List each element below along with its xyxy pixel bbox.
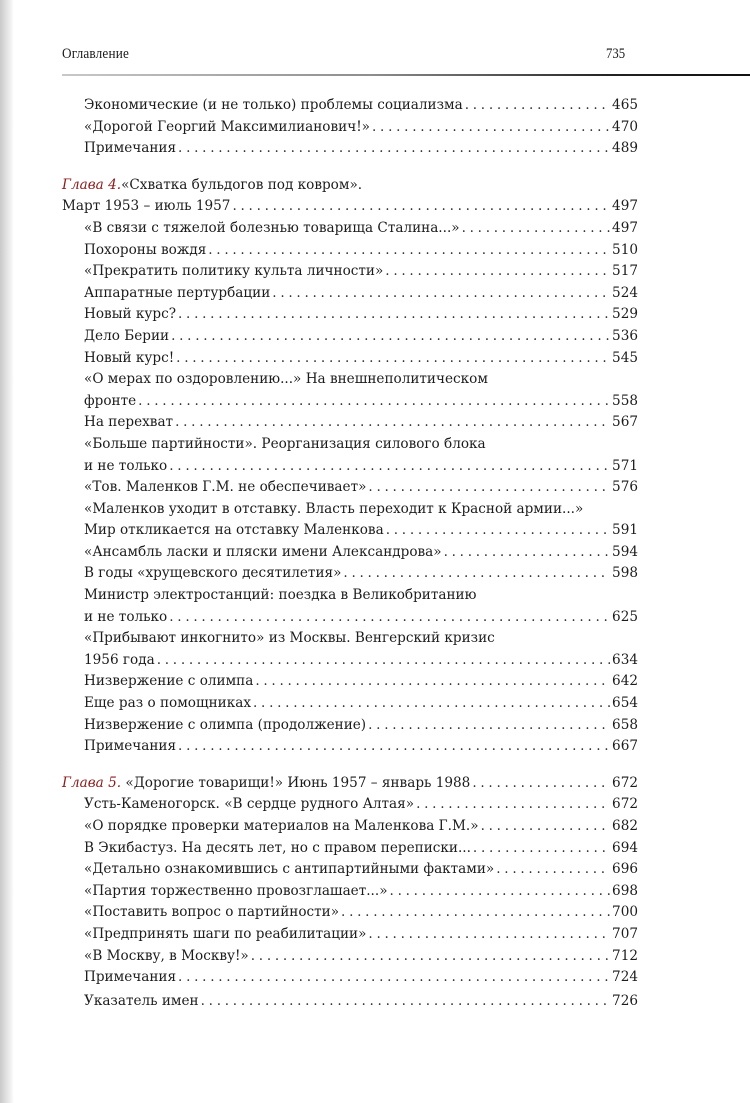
- page-ref: 658: [612, 715, 638, 737]
- entry-title: «В связи с тяжелой болезнью товарища Ста…: [84, 218, 460, 240]
- page-ref: 707: [612, 924, 638, 946]
- page-ref: 489: [612, 138, 638, 160]
- chapter-title: «Схватка бульдогов под ковром».: [121, 175, 362, 197]
- dot-leader: [416, 794, 610, 816]
- toc-entry-body: «Дорогой Георгий Максимилианович!»470: [84, 117, 638, 139]
- entry-title: и не только: [84, 607, 167, 629]
- entry-title: В годы «хрущевского десятилетия»: [84, 563, 341, 585]
- chapter-label: Глава 4.: [62, 175, 121, 197]
- chapter-heading[interactable]: Глава 4. «Схватка бульдогов под ковром».: [62, 175, 638, 197]
- toc-entry-body: Указатель имен726: [84, 991, 638, 1013]
- toc-continuation-line: «Маленков уходит в отставку. Власть пере…: [62, 499, 638, 521]
- dot-leader: [232, 196, 610, 218]
- page-ref: 667: [612, 736, 638, 758]
- entry-title: Дело Берии: [84, 326, 169, 348]
- entry-title: «О мерах по оздоровлению...» На внешнепо…: [84, 369, 488, 391]
- toc-entry[interactable]: «Детально ознакомившись с антипартийными…: [62, 859, 638, 881]
- entry-title: «Дорогой Георгий Максимилианович!»: [84, 117, 370, 139]
- dot-leader: [201, 991, 610, 1013]
- toc-entry[interactable]: и не только571: [62, 456, 638, 478]
- entry-title: «Детально ознакомившись с антипартийными…: [84, 859, 494, 881]
- spacer: [62, 758, 638, 773]
- page-ref: 567: [612, 412, 638, 434]
- page-ref: 698: [612, 881, 638, 903]
- toc-entry-body: «О порядке проверки материалов на Маленк…: [84, 816, 638, 838]
- entry-title: «Больше партийности». Реорганизация сило…: [84, 434, 486, 456]
- toc-continuation-line: «Прибывают инкогнито» из Москвы. Венгерс…: [62, 628, 638, 650]
- page-ref: 497: [612, 218, 638, 240]
- dot-leader: [472, 773, 610, 795]
- toc-entry-body: «Поставить вопрос о партийности»700: [84, 902, 638, 924]
- toc-entry-body: Мир откликается на отставку Маленкова591: [84, 520, 638, 542]
- page-number: 735: [606, 46, 625, 63]
- toc-entry-body: 1956 года634: [84, 650, 638, 672]
- page-ref: 634: [612, 650, 638, 672]
- toc-entry-body: Похороны вождя510: [84, 240, 638, 262]
- toc-entry-body: «Прекратить политику культа личности»517: [84, 261, 638, 283]
- dot-leader: [169, 456, 610, 478]
- page-ref: 672: [612, 773, 638, 795]
- toc-entry[interactable]: Глава 5. «Дорогие товарищи!» Июнь 1957 –…: [62, 773, 638, 795]
- toc-entry[interactable]: Экономические (и не только) проблемы соц…: [62, 95, 638, 117]
- dot-leader: [176, 348, 610, 370]
- entry-title: Указатель имен: [84, 991, 199, 1013]
- entry-title: Министр электростанций: поездка в Велико…: [84, 585, 476, 607]
- toc-entry[interactable]: «Тов. Маленков Г.М. не обеспечивает»576: [62, 477, 638, 499]
- entry-title: Примечания: [84, 736, 176, 758]
- entry-title: «Предпринять шаги по реабилитации»: [84, 924, 366, 946]
- page-ref: 536: [612, 326, 638, 348]
- dot-leader: [473, 838, 610, 860]
- entry-title: Мир откликается на отставку Маленкова: [84, 520, 384, 542]
- page-ref: 598: [612, 563, 638, 585]
- toc-entry[interactable]: Примечания667: [62, 736, 638, 758]
- toc-entry[interactable]: Указатель имен726: [62, 991, 638, 1013]
- entry-title: «О порядке проверки материалов на Маленк…: [84, 816, 479, 838]
- dot-leader: [386, 520, 610, 542]
- dot-leader: [272, 283, 610, 305]
- toc-entry[interactable]: В Экибастуз. На десять лет, но с правом …: [62, 838, 638, 860]
- entry-title: «Маленков уходит в отставку. Власть пере…: [84, 499, 583, 521]
- toc-entry[interactable]: Март 1953 – июль 1957497: [62, 196, 638, 218]
- running-head: Оглавление 735: [62, 46, 750, 76]
- toc-entry[interactable]: фронте558: [62, 391, 638, 413]
- toc-entry[interactable]: Усть-Каменогорск. «В сердце рудного Алта…: [62, 794, 638, 816]
- dot-leader: [253, 693, 610, 715]
- dot-leader: [169, 607, 610, 629]
- dot-leader: [171, 326, 610, 348]
- toc-entry[interactable]: Новый курс?529: [62, 304, 638, 326]
- toc-entry-body: Аппаратные пертурбации524: [84, 283, 638, 305]
- entry-title: «Партия торжественно провозглашает...»: [84, 881, 388, 903]
- dot-leader: [208, 240, 610, 262]
- toc-entry-body: Низвержение с олимпа (продолжение)658: [84, 715, 638, 737]
- dot-leader: [175, 412, 610, 434]
- page-ref: 510: [612, 240, 638, 262]
- page-ref: 594: [612, 542, 638, 564]
- toc-entry[interactable]: Мир откликается на отставку Маленкова591: [62, 520, 638, 542]
- page-ref: 576: [612, 477, 638, 499]
- entry-title: «Ансамбль ласки и пляски имени Александр…: [84, 542, 442, 564]
- toc-entry[interactable]: «Поставить вопрос о партийности»700: [62, 902, 638, 924]
- entry-title: Новый курс!: [84, 348, 174, 370]
- header-rule: [62, 74, 750, 76]
- dot-leader: [178, 967, 610, 989]
- toc-entry[interactable]: «В Москву, в Москву!»712: [62, 946, 638, 968]
- entry-title: Похороны вождя: [84, 240, 206, 262]
- entry-title: На перехват: [84, 412, 173, 434]
- toc-entry[interactable]: «Партия торжественно провозглашает...»69…: [62, 881, 638, 903]
- dot-leader: [368, 477, 610, 499]
- dot-leader: [481, 816, 610, 838]
- dot-leader: [465, 95, 610, 117]
- toc-entry-body: Примечания489: [84, 138, 638, 160]
- page-ref: 529: [612, 304, 638, 326]
- toc-entry[interactable]: Новый курс!545: [62, 348, 638, 370]
- page-ref: 524: [612, 283, 638, 305]
- toc-entry-body: В годы «хрущевского десятилетия»598: [84, 563, 638, 585]
- spacer: [62, 160, 638, 175]
- dot-leader: [178, 304, 610, 326]
- dot-leader: [251, 946, 610, 968]
- toc-entry-body: На перехват567: [84, 412, 638, 434]
- page-ref: 700: [612, 902, 638, 924]
- entry-title: 1956 года: [84, 650, 155, 672]
- toc-entry-body: «Партия торжественно провозглашает...»69…: [84, 881, 638, 903]
- page-ref: 694: [612, 838, 638, 860]
- page-ref: 726: [612, 991, 638, 1013]
- page-ref: 497: [612, 196, 638, 218]
- dot-leader: [444, 542, 610, 564]
- chapter-label: Глава 5.: [62, 775, 121, 791]
- toc-entry-body: Еще раз о помощниках654: [84, 693, 638, 715]
- toc-entry[interactable]: и не только625: [62, 607, 638, 629]
- entry-title: фронте: [84, 391, 136, 413]
- toc-entry[interactable]: Примечания724: [62, 967, 638, 989]
- toc-continuation-line: Министр электростанций: поездка в Велико…: [62, 585, 638, 607]
- dot-leader: [385, 261, 610, 283]
- dot-leader: [368, 924, 610, 946]
- page-ref: 465: [612, 95, 638, 117]
- entry-title: Низвержение с олимпа (продолжение): [84, 715, 366, 737]
- dot-leader: [462, 218, 610, 240]
- toc-entry[interactable]: «Дорогой Георгий Максимилианович!»470: [62, 117, 638, 139]
- dot-leader: [368, 715, 610, 737]
- entry-title: Март 1953 – июль 1957: [62, 196, 230, 218]
- toc-entry-body: «Предпринять шаги по реабилитации»707: [84, 924, 638, 946]
- entry-title: «В Москву, в Москву!»: [84, 946, 249, 968]
- entry-title: Глава 5. «Дорогие товарищи!» Июнь 1957 –…: [62, 773, 470, 795]
- toc-entry[interactable]: «Ансамбль ласки и пляски имени Александр…: [62, 542, 638, 564]
- toc-entry[interactable]: «В связи с тяжелой болезнью товарища Ста…: [62, 218, 638, 240]
- toc-entry-body: Новый курс!545: [84, 348, 638, 370]
- page-ref: 591: [612, 520, 638, 542]
- toc-entry[interactable]: Низвержение с олимпа642: [62, 671, 638, 693]
- page-ref: 545: [612, 348, 638, 370]
- toc-entry-body: В Экибастуз. На десять лет, но с правом …: [84, 838, 638, 860]
- toc-entry-body: «Детально ознакомившись с антипартийными…: [84, 859, 638, 881]
- dot-leader: [178, 138, 610, 160]
- toc-entry-body: «Ансамбль ласки и пляски имени Александр…: [84, 542, 638, 564]
- entry-title: «Прекратить политику культа личности»: [84, 261, 383, 283]
- page-ref: 571: [612, 456, 638, 478]
- running-title: Оглавление: [62, 46, 129, 63]
- toc-entry-body: Примечания667: [84, 736, 638, 758]
- entry-title: «Тов. Маленков Г.М. не обеспечивает»: [84, 477, 366, 499]
- page-ref: 654: [612, 693, 638, 715]
- toc-entry-body: Глава 5. «Дорогие товарищи!» Июнь 1957 –…: [62, 773, 638, 795]
- dot-leader: [157, 650, 610, 672]
- entry-title: Экономические (и не только) проблемы соц…: [84, 95, 463, 117]
- toc-entry[interactable]: «Предпринять шаги по реабилитации»707: [62, 924, 638, 946]
- entry-title: Примечания: [84, 138, 176, 160]
- entry-title: «Поставить вопрос о партийности»: [84, 902, 339, 924]
- toc-entry-body: и не только571: [84, 456, 638, 478]
- page-ref: 724: [612, 967, 638, 989]
- dot-leader: [178, 736, 610, 758]
- dot-leader: [372, 117, 610, 139]
- dot-leader: [341, 902, 610, 924]
- toc-entry[interactable]: 1956 года634: [62, 650, 638, 672]
- toc-entry-body: Новый курс?529: [84, 304, 638, 326]
- dot-leader: [390, 881, 611, 903]
- toc-entry-body: Экономические (и не только) проблемы соц…: [84, 95, 638, 117]
- page-ref: 625: [612, 607, 638, 629]
- entry-title: Примечания: [84, 967, 176, 989]
- toc-entry-body: «Тов. Маленков Г.М. не обеспечивает»576: [84, 477, 638, 499]
- page-ref: 558: [612, 391, 638, 413]
- page-ref: 642: [612, 671, 638, 693]
- dot-leader: [496, 859, 610, 881]
- dot-leader: [255, 671, 610, 693]
- toc-entry[interactable]: Примечания489: [62, 138, 638, 160]
- page-ref: 682: [612, 816, 638, 838]
- toc-entry-body: Примечания724: [84, 967, 638, 989]
- entry-title: Новый курс?: [84, 304, 176, 326]
- entry-title: Низвержение с олимпа: [84, 671, 253, 693]
- page-gutter-shadow: [0, 0, 14, 1103]
- toc-continuation-line: «Больше партийности». Реорганизация сило…: [62, 434, 638, 456]
- page-ref: 517: [612, 261, 638, 283]
- toc-entry-body: «В связи с тяжелой болезнью товарища Ста…: [84, 218, 638, 240]
- toc-entry-body: Дело Берии536: [84, 326, 638, 348]
- dot-leader: [343, 563, 610, 585]
- toc-continuation-line: «О мерах по оздоровлению...» На внешнепо…: [62, 369, 638, 391]
- entry-title: и не только: [84, 456, 167, 478]
- entry-title: Аппаратные пертурбации: [84, 283, 270, 305]
- toc-entry-body: Март 1953 – июль 1957497: [62, 196, 638, 218]
- toc-entry[interactable]: Дело Берии536: [62, 326, 638, 348]
- toc-entry[interactable]: Низвержение с олимпа (продолжение)658: [62, 715, 638, 737]
- toc-entry[interactable]: Аппаратные пертурбации524: [62, 283, 638, 305]
- entry-title: Еще раз о помощниках: [84, 693, 251, 715]
- toc-entry-body: фронте558: [84, 391, 638, 413]
- entry-title: «Прибывают инкогнито» из Москвы. Венгерс…: [84, 628, 495, 650]
- page-ref: 470: [612, 117, 638, 139]
- toc-entry-body: и не только625: [84, 607, 638, 629]
- toc-entry[interactable]: Похороны вождя510: [62, 240, 638, 262]
- entry-title: В Экибастуз. На десять лет, но с правом …: [84, 838, 471, 860]
- entry-title: Усть-Каменогорск. «В сердце рудного Алта…: [84, 794, 414, 816]
- table-of-contents: Экономические (и не только) проблемы соц…: [62, 95, 638, 1012]
- toc-entry[interactable]: «О порядке проверки материалов на Маленк…: [62, 816, 638, 838]
- toc-entry-body: Низвержение с олимпа642: [84, 671, 638, 693]
- toc-entry[interactable]: На перехват567: [62, 412, 638, 434]
- toc-entry[interactable]: В годы «хрущевского десятилетия»598: [62, 563, 638, 585]
- dot-leader: [138, 391, 610, 413]
- page-ref: 696: [612, 859, 638, 881]
- toc-entry[interactable]: Еще раз о помощниках654: [62, 693, 638, 715]
- toc-entry-body: «В Москву, в Москву!»712: [84, 946, 638, 968]
- toc-entry[interactable]: «Прекратить политику культа личности»517: [62, 261, 638, 283]
- page-ref: 672: [612, 794, 638, 816]
- page-ref: 712: [612, 946, 638, 968]
- toc-entry-body: Усть-Каменогорск. «В сердце рудного Алта…: [84, 794, 638, 816]
